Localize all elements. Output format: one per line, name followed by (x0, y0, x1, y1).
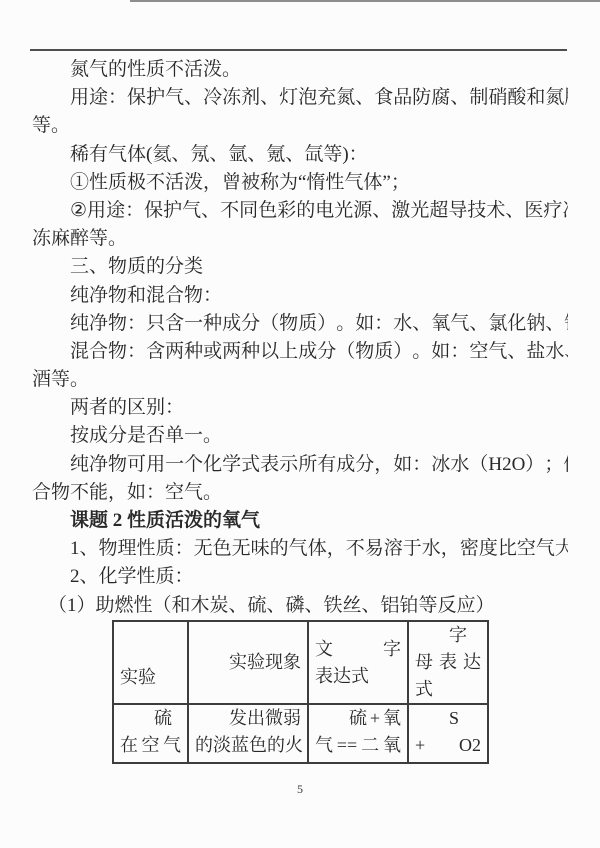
table-cell-line: 的淡蓝色的火 (195, 732, 301, 759)
table-row-phenomenon: 发出微弱 的淡蓝色的火 (189, 705, 309, 764)
table-header-word-expression: 文字 表达式 (309, 622, 409, 705)
table-cell-line: 实验 (120, 664, 181, 691)
text-line: ①性质极不活泼，曾被称为“惰性气体”； (32, 169, 568, 197)
table-row-word-expression: 硫+氧 气==二氧 (309, 705, 409, 764)
text-line: 稀有气体(氦、氖、氩、氪、氙等)： (32, 141, 568, 169)
text-line: 等。 (32, 112, 568, 140)
text-line: 纯净物可用一个化学式表示所有成分，如：冰水（H2O）；但混 (32, 451, 568, 479)
table-cell-line: 硫 (120, 705, 181, 732)
table-header-phenomenon: 实验现象 (189, 622, 309, 705)
text-line: 冻麻醉等。 (32, 225, 568, 253)
table-row-letter-expression: S +O2 (409, 705, 489, 764)
table-cell-line: 发出微弱 (195, 705, 301, 732)
text-line: 合物不能，如：空气。 (32, 479, 568, 507)
table-cell-line: 实验现象 (195, 649, 301, 676)
table-cell-line: 硫+氧 (315, 705, 401, 732)
experiments-table: 实验 实验现象 文字 表达式 字 母表达 式 硫 在空气 发出微弱 的淡蓝色的火… (112, 620, 489, 764)
document-page: 氮气的性质不活泼。 用途：保护气、冷冻剂、灯泡充氮、食品防腐、制硝酸和氮肥 等。… (0, 0, 600, 848)
text-line: 2、化学性质： (32, 563, 568, 591)
table-cell-line: 表达式 (315, 663, 401, 690)
table-cell-line: 式 (415, 676, 481, 703)
text-line: 1、物理性质：无色无味的气体，不易溶于水，密度比空气大。 (32, 535, 568, 563)
table-cell-line: 字 (415, 622, 481, 649)
table-row-experiment: 硫 在空气 (114, 705, 189, 764)
page-number: 5 (0, 779, 600, 799)
text-line: （1）助燃性（和木炭、硫、磷、铁丝、铝铂等反应） (32, 592, 568, 620)
text-line: 混合物：含两种或两种以上成分（物质）。如：空气、盐水、碘 (32, 338, 568, 366)
table-cell-line: 气==二氧 (315, 732, 401, 759)
table-cell-line: S (415, 705, 481, 732)
section-heading: 三、物质的分类 (32, 253, 568, 281)
text-line: 按成分是否单一。 (32, 422, 568, 450)
table-cell-line: 母表达 (415, 649, 481, 676)
table-header-experiment: 实验 (114, 622, 189, 705)
text-line: ②用途：保护气、不同色彩的电光源、激光超导技术、医疗冷 (32, 197, 568, 225)
table-cell-line: 文字 (315, 636, 401, 663)
text-line: 两者的区别： (32, 394, 568, 422)
table-header-letter-expression: 字 母表达 式 (409, 622, 489, 705)
text-line: 纯净物：只含一种成分（物质）。如：水、氧气、氯化钠、铜等。 (32, 310, 568, 338)
text-line: 用途：保护气、冷冻剂、灯泡充氮、食品防腐、制硝酸和氮肥 (32, 84, 568, 112)
text-line: 纯净物和混合物： (32, 282, 568, 310)
text-line: 氮气的性质不活泼。 (32, 56, 568, 84)
table-cell-line: 在空气 (120, 732, 181, 759)
scan-edge-artifact (130, 0, 600, 2)
body-text: 氮气的性质不活泼。 用途：保护气、冷冻剂、灯泡充氮、食品防腐、制硝酸和氮肥 等。… (32, 56, 568, 620)
lesson-heading: 课题 2 性质活泼的氧气 (32, 507, 568, 535)
header-rule (30, 49, 567, 51)
table-cell-line: +O2 (415, 732, 481, 759)
text-line: 酒等。 (32, 366, 568, 394)
